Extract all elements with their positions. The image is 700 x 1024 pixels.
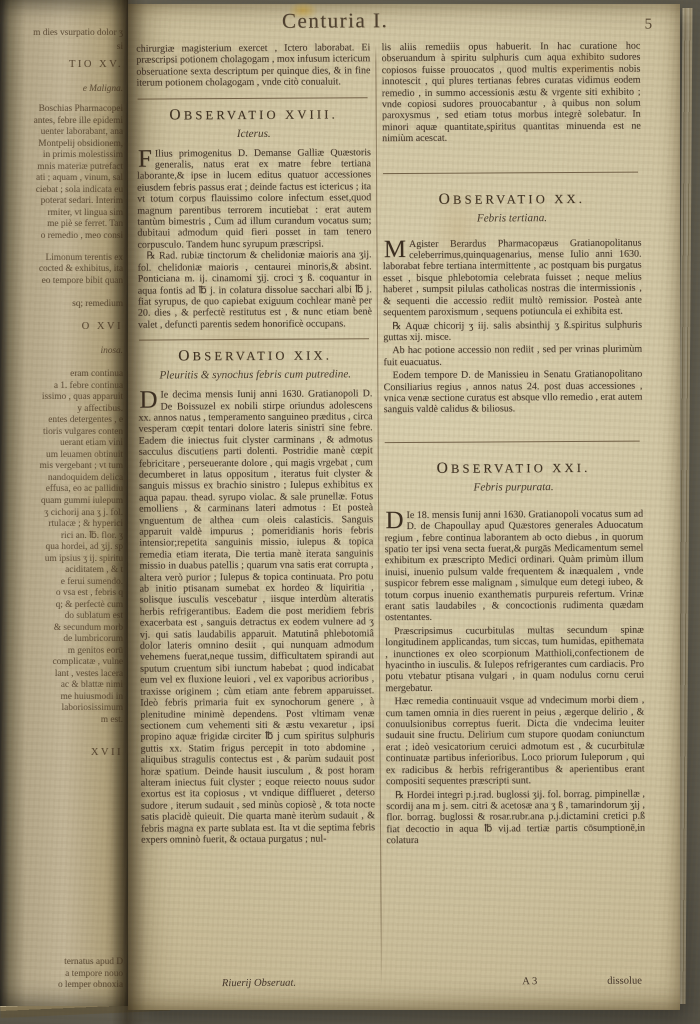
margin-fragment: si	[117, 42, 123, 52]
margin-fragment: ʒ cichorij ana ʒ j. fol.	[44, 508, 123, 518]
paragraph: chirurgiæ magisterium exercet , Ictero l…	[136, 42, 370, 89]
margin-fragment: in primis molestissim	[43, 150, 123, 160]
paragraph: lis aliis remediis opus habuerit. In hac…	[382, 41, 641, 145]
observation-subtitle: Febris purpurata.	[384, 480, 643, 494]
margin-fragment: e ferui sumendo.	[61, 577, 123, 587]
margin-fragment: de lumbricorum	[63, 634, 123, 644]
margin-fragment: mis vergebant ; vt tum	[40, 461, 124, 471]
margin-fragment: XVII	[91, 748, 123, 758]
margin-fragment: sq; remedium	[72, 299, 123, 309]
margin-fragment: ati ; aquam , vinum, sal	[36, 173, 123, 183]
margin-fragment: tioris vulgares conten	[43, 427, 123, 437]
paragraph: Præscripsimus cucurbitulas multas secund…	[385, 624, 644, 694]
margin-fragment: rmiter, vt lingua sim	[47, 208, 123, 218]
margin-fragment: mnis materiæ putrefact	[37, 162, 123, 172]
margin-fragment: me piè se ferret. Tan	[47, 219, 123, 229]
margin-fragment: um ipsius ʒ ij. spiritu	[45, 554, 123, 564]
margin-fragment: inosa.	[101, 346, 123, 356]
margin-fragment: m genitos eorū	[68, 646, 123, 656]
margin-fragment: y affectibus.	[77, 404, 123, 414]
paragraph: FIlius primogenitus D. Demanse Galliæ Qu…	[137, 147, 372, 251]
paragraph: ℞ Aquæ chicorij ʒ iij. salis absinthij ʒ…	[383, 319, 642, 343]
margin-fragment: aciditatem , & t	[65, 565, 123, 575]
paragraph: MAgister Berardus Pharmacopæus Gratianop…	[383, 237, 642, 318]
drop-cap: D	[138, 390, 160, 412]
observation-heading: OBSERVATIO XIX.	[138, 346, 372, 365]
margin-fragment: TIO XV.	[69, 60, 123, 70]
margin-fragment: & secundum morb	[54, 623, 123, 633]
margin-fragment: o vsa est , febris q	[56, 588, 123, 598]
margin-fragment: rtulacæ ; & hyperici	[48, 519, 123, 529]
margin-fragment: O XVI	[82, 322, 123, 332]
margin-fragment: uenter laborabant, ana	[41, 127, 123, 137]
margin-fragment: eram continua	[70, 369, 123, 379]
drop-cap: F	[137, 148, 155, 170]
text-columns: chirurgiæ magisterium exercet , Ictero l…	[136, 41, 646, 990]
book-page: Centuria I. 5 chirurgiæ magisterium exer…	[128, 4, 680, 1010]
observation-heading: OBSERVATIO XX.	[382, 189, 641, 209]
margin-fragment: a 1. febre continua	[54, 381, 123, 391]
margin-fragment: rici an. ℔. flor. ʒ	[61, 531, 123, 541]
margin-fragment: Boschias Pharmacopei	[39, 104, 123, 114]
drop-cap: D	[384, 510, 406, 532]
margin-fragment: ternatus apud D	[64, 957, 123, 967]
margin-fragment: m dies vsurpatio dolor ʒ	[33, 28, 123, 38]
margin-fragment: me huiusmodi in	[61, 692, 124, 702]
margin-fragment: um leuamen obtinuit	[46, 450, 123, 460]
margin-fragment: ac & blattæ nimi	[61, 680, 123, 690]
margin-fragment: qua hordei, ad ʒij. sp	[46, 542, 123, 552]
margin-fragment: entes detergentes , e	[48, 415, 123, 425]
margin-fragment: o remedio , meo consi	[41, 231, 123, 241]
catchword: dissolue	[607, 976, 642, 987]
paragraph: DIe 18. mensis Iunij anni 1630. Gratiano…	[384, 508, 643, 624]
drop-cap: M	[383, 239, 409, 261]
book-photo: m dies vsurpatio dolor ʒsiTIO XV.e Malig…	[0, 0, 700, 1024]
page-number: 5	[645, 16, 653, 33]
observation-subtitle: Pleuritis & synochus febris cum putredin…	[138, 368, 372, 381]
section-rule	[385, 440, 640, 443]
left-text-column: chirurgiæ magisterium exercet , Ictero l…	[136, 42, 376, 989]
margin-fragment: antes, febre ille epidemi	[34, 116, 123, 126]
margin-fragment: uerant etiam vini	[60, 438, 123, 448]
margin-fragment: Montpelij obsidionem,	[38, 139, 123, 149]
signature-line: A 3dissolue	[387, 972, 646, 989]
observation-heading: OBSERVATIO XVIII.	[137, 105, 371, 124]
right-text-column: lis aliis remediis opus habuerit. In hac…	[382, 41, 646, 989]
margin-fragment: o lemper obnoxia	[58, 980, 123, 990]
section-rule	[138, 97, 368, 99]
margin-fragment: nandoquidem delica	[48, 473, 123, 483]
running-title: Centuria I.	[282, 8, 388, 34]
margin-fragment: eo tempore bibit quan	[42, 276, 123, 286]
margin-fragment: do sublatum est	[65, 611, 123, 621]
margin-fragment: complicatæ , vulne	[53, 657, 124, 667]
margin-fragment: ciebat ; sola indicata eu	[36, 185, 123, 195]
margin-fragment: effusa, eo ac pallidiu	[46, 484, 123, 494]
signature-mark: A 3	[522, 976, 537, 987]
paragraph: Ab hac potione accessio non rediit , sed…	[383, 344, 642, 368]
page-content: Centuria I. 5 chirurgiæ magisterium exer…	[128, 2, 686, 1011]
margin-fragment: quam gummi iulepum	[41, 496, 123, 506]
margin-fragment: lant , vestes lacera	[55, 669, 123, 679]
observation-subtitle: Febris tertiana.	[383, 211, 642, 225]
observation-heading: OBSERVATIO XXI.	[384, 458, 643, 478]
margin-fragment: q; & perfectè cum	[56, 600, 123, 610]
paragraph: Eodem tempore D. de Manissieu in Senatu …	[384, 369, 643, 416]
section-rule	[383, 171, 638, 174]
margin-fragment: Limonum terentis ex	[46, 253, 123, 263]
margin-fragment: laboriosissimum	[62, 703, 123, 713]
observation-subtitle: Icterus.	[137, 127, 371, 140]
paragraph: Hæc remedia continuauit vsque ad vndecim…	[386, 695, 645, 788]
margin-fragment: cocted & exhibitus, ita	[39, 264, 123, 274]
paragraph: DIe decima mensis Iunij anni 1630. Grati…	[138, 388, 375, 846]
section-rule	[139, 338, 369, 340]
margin-fragment: e Maligna.	[83, 84, 123, 94]
printer-footline: Riuerij Obseruat.	[142, 973, 376, 989]
previous-page-edge: m dies vsurpatio dolor ʒsiTIO XV.e Malig…	[0, 0, 128, 1006]
column-divider-rule	[375, 44, 382, 988]
margin-fragment: poterat sedari. Interim	[41, 196, 123, 206]
margin-fragment: a tempore nouo	[65, 969, 123, 979]
margin-fragment: issimo , quas apparuit	[42, 392, 123, 402]
margin-fragment: m est.	[101, 715, 123, 725]
paragraph: ℞ Hordei integri p.j.rad. buglossi ʒij. …	[386, 788, 645, 847]
paragraph: ℞ Rad. rubiæ tinctorum & chelidoniæ maio…	[138, 249, 372, 330]
